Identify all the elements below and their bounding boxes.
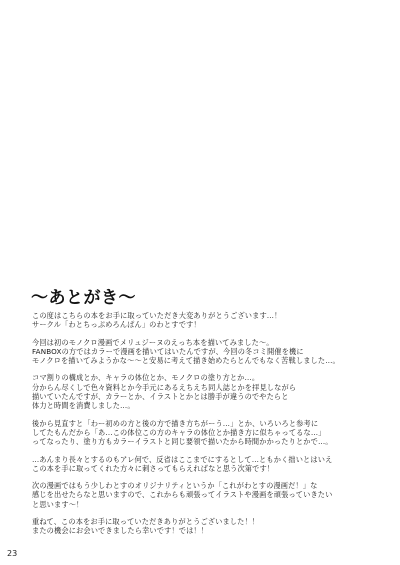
text-line: …あんまり長々とするのもアレ何で、反省はここまでにするとして…ともかく拙いとはい… [32, 455, 382, 464]
afterword-title: 〜あとがき〜 [31, 283, 136, 308]
afterword-page: 〜あとがき〜 この度はこちらの本をお手に取っていただき大変ありがとうございます…… [0, 0, 400, 565]
paragraph-struggles: コマ割りの構成とか、キャラの体位とか、モノクロの塗り方とか…。 分からん尽くしで… [32, 373, 382, 410]
text-line: 次の漫画ではもう少しわとすのオリジナリティというか「これがわとすの漫画だ！」な [32, 481, 382, 490]
text-line: 描いていたんですが、カラーとか、イラストとかとは勝手が違うのでやたらと [32, 392, 382, 401]
text-line: 後から見直すと「わー初めの方と後の方で描き方ちがーう…」とか、いろいろと参考に [32, 419, 382, 428]
paragraph-about-book: 今回は初のモノクロ漫画でメリュジーヌのえっち本を描いてみました〜。 FANBOX… [32, 338, 382, 366]
text-line: コマ割りの構成とか、キャラの体位とか、モノクロの塗り方とか…。 [32, 373, 382, 382]
afterword-body: この度はこちらの本をお手に取っていただき大変ありがとうございます…！ サークル「… [32, 311, 382, 544]
paragraph-reflection: 後から見直すと「わー初めの方と後の方で描き方ちがーう…」とか、いろいろと参考に … [32, 419, 382, 447]
text-line: この本を手に取ってくれた方々に刺さってもらえればなと思う次第です！ [32, 464, 382, 473]
paragraph-next-work: 次の漫画ではもう少しわとすのオリジナリティというか「これがわとすの漫画だ！」な … [32, 481, 382, 509]
text-line: モノクロを描いてみようかな〜〜と安易に考えて描き始めたらとんでもなく苦戦しました… [32, 356, 382, 365]
text-line: FANBOXの方ではカラーで漫画を描いてはいたんですが、今回の冬コミ開催を機に [32, 347, 382, 356]
text-line: 今回は初のモノクロ漫画でメリュジーヌのえっち本を描いてみました〜。 [32, 338, 382, 347]
paragraph-thanks: 重ねて、この本をお手に取っていただきありがとうございました！！ またの機会にお会… [32, 517, 382, 536]
text-line: と思います〜！ [32, 500, 382, 509]
text-line: この度はこちらの本をお手に取っていただき大変ありがとうございます…！ [32, 311, 382, 320]
text-line: サークル「わとちっぷめろんぱん」のわとすです！ [32, 320, 382, 329]
paragraph-greeting: この度はこちらの本をお手に取っていただき大変ありがとうございます…！ サークル「… [32, 311, 382, 330]
text-line: 感じを出せたらなと思いますので、これからも頑張ってイラストや漫画を頑張っていきた… [32, 490, 382, 499]
text-line: 体力と時間を消費しました…。 [32, 401, 382, 410]
text-line: してたもんだから「あ…この体位この方のキャラの体位とか描き方に似ちゃってるな…」 [32, 428, 382, 437]
text-line: ってなったり、塗り方もカラーイラストと同じ要領で描いたから時間かかったりとかで…… [32, 437, 382, 446]
paragraph-closing-reflection: …あんまり長々とするのもアレ何で、反省はここまでにするとして…ともかく拙いとはい… [32, 455, 382, 474]
text-line: またの機会にお会いできましたら幸いです！では！！ [32, 526, 382, 535]
page-number: 23 [7, 549, 17, 558]
text-line: 重ねて、この本をお手に取っていただきありがとうございました！！ [32, 517, 382, 526]
text-line: 分からん尽くしで色々資料とか今手元にあるえちえち同人誌とかを拝見しながら [32, 383, 382, 392]
